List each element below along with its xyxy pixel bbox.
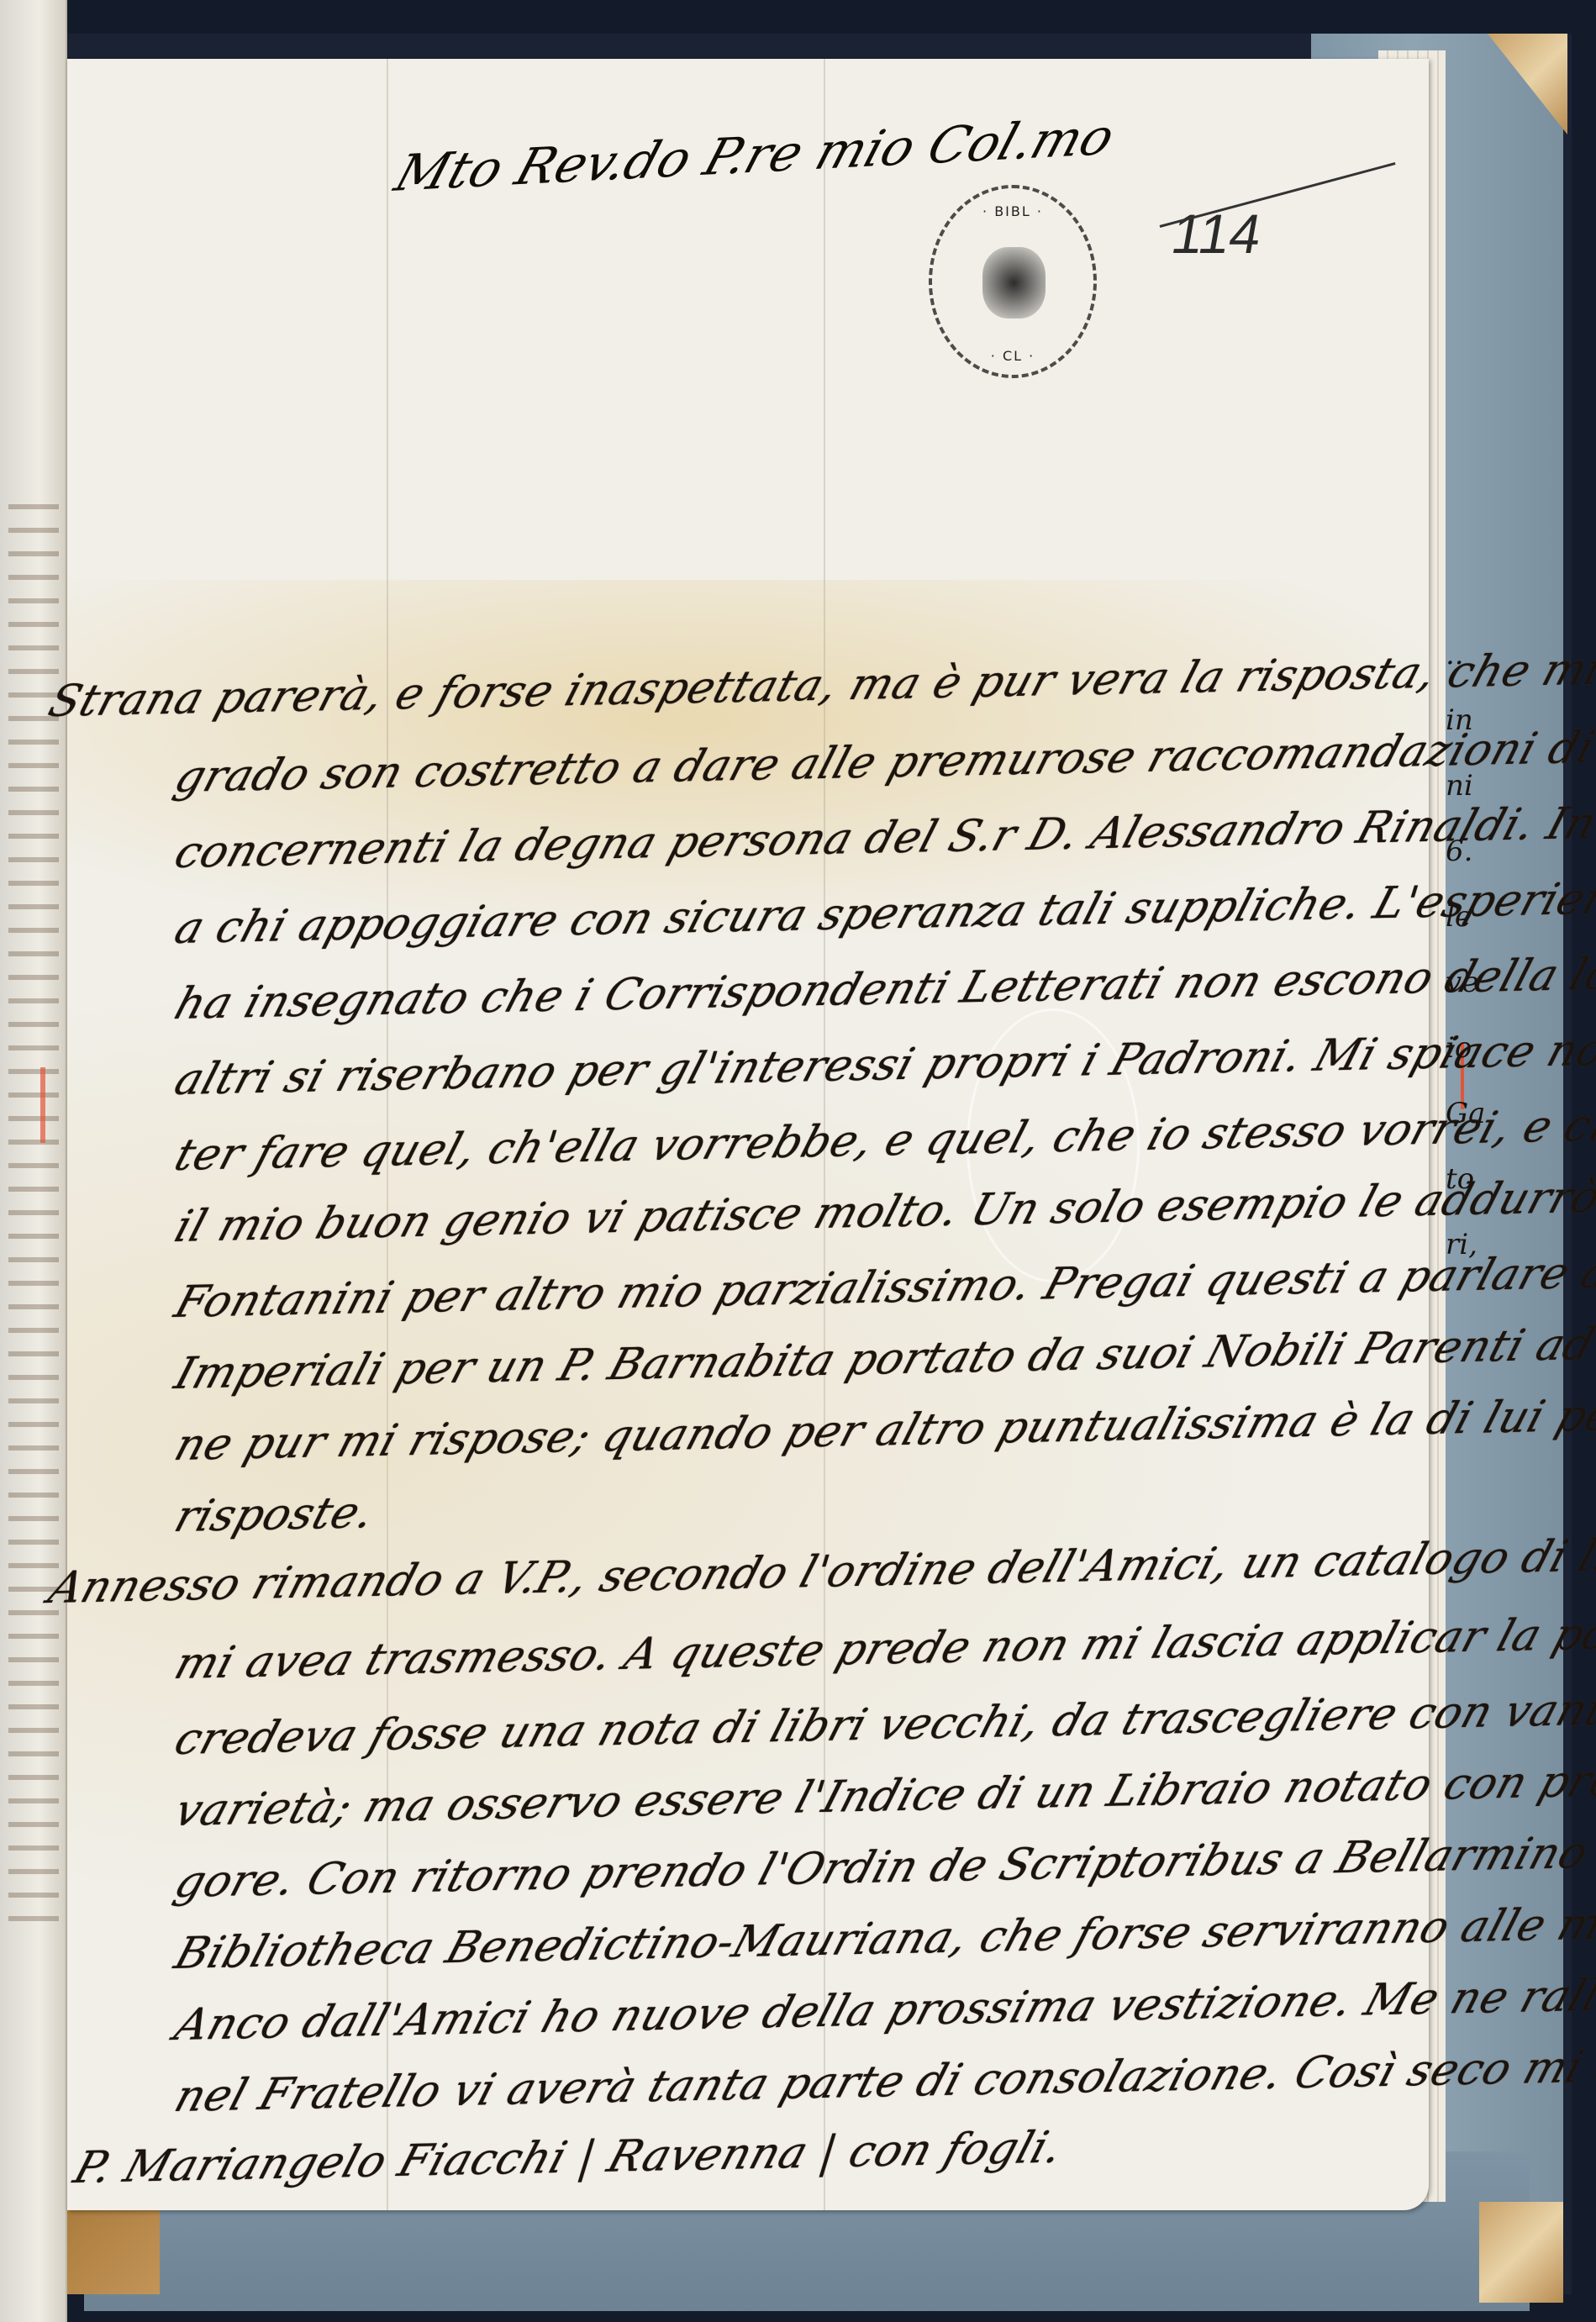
- corner-tape-bottom-left: [59, 2202, 160, 2294]
- margin-fragment: in: [1446, 687, 1485, 753]
- margin-fragment: to: [1446, 1146, 1485, 1212]
- corner-tape-bottom-right: [1479, 2202, 1563, 2303]
- facing-page-left: [0, 0, 67, 2322]
- right-margin-fragments: .. in ni 6. le ve io Ga to ri,: [1446, 622, 1485, 1277]
- margin-fragment: 6.: [1446, 819, 1485, 884]
- stamp-text-bottom: · CL ·: [932, 348, 1093, 364]
- margin-fragment: io: [1446, 1015, 1485, 1081]
- letter-line: risposte.: [169, 1487, 381, 1542]
- margin-fragment: ..: [1446, 622, 1485, 687]
- margin-fragment: ri,: [1446, 1212, 1485, 1277]
- margin-fragment: ve: [1446, 950, 1485, 1015]
- archive-stamp-icon: · BIBL · · CL ·: [929, 185, 1097, 378]
- stamp-text-top: · BIBL ·: [932, 203, 1093, 219]
- red-pencil-mark: [40, 1067, 45, 1143]
- stamp-emblem-icon: [982, 247, 1046, 319]
- margin-fragment: le: [1446, 884, 1485, 950]
- margin-fragment: Ga: [1446, 1081, 1485, 1146]
- margin-fragment: ni: [1446, 753, 1485, 819]
